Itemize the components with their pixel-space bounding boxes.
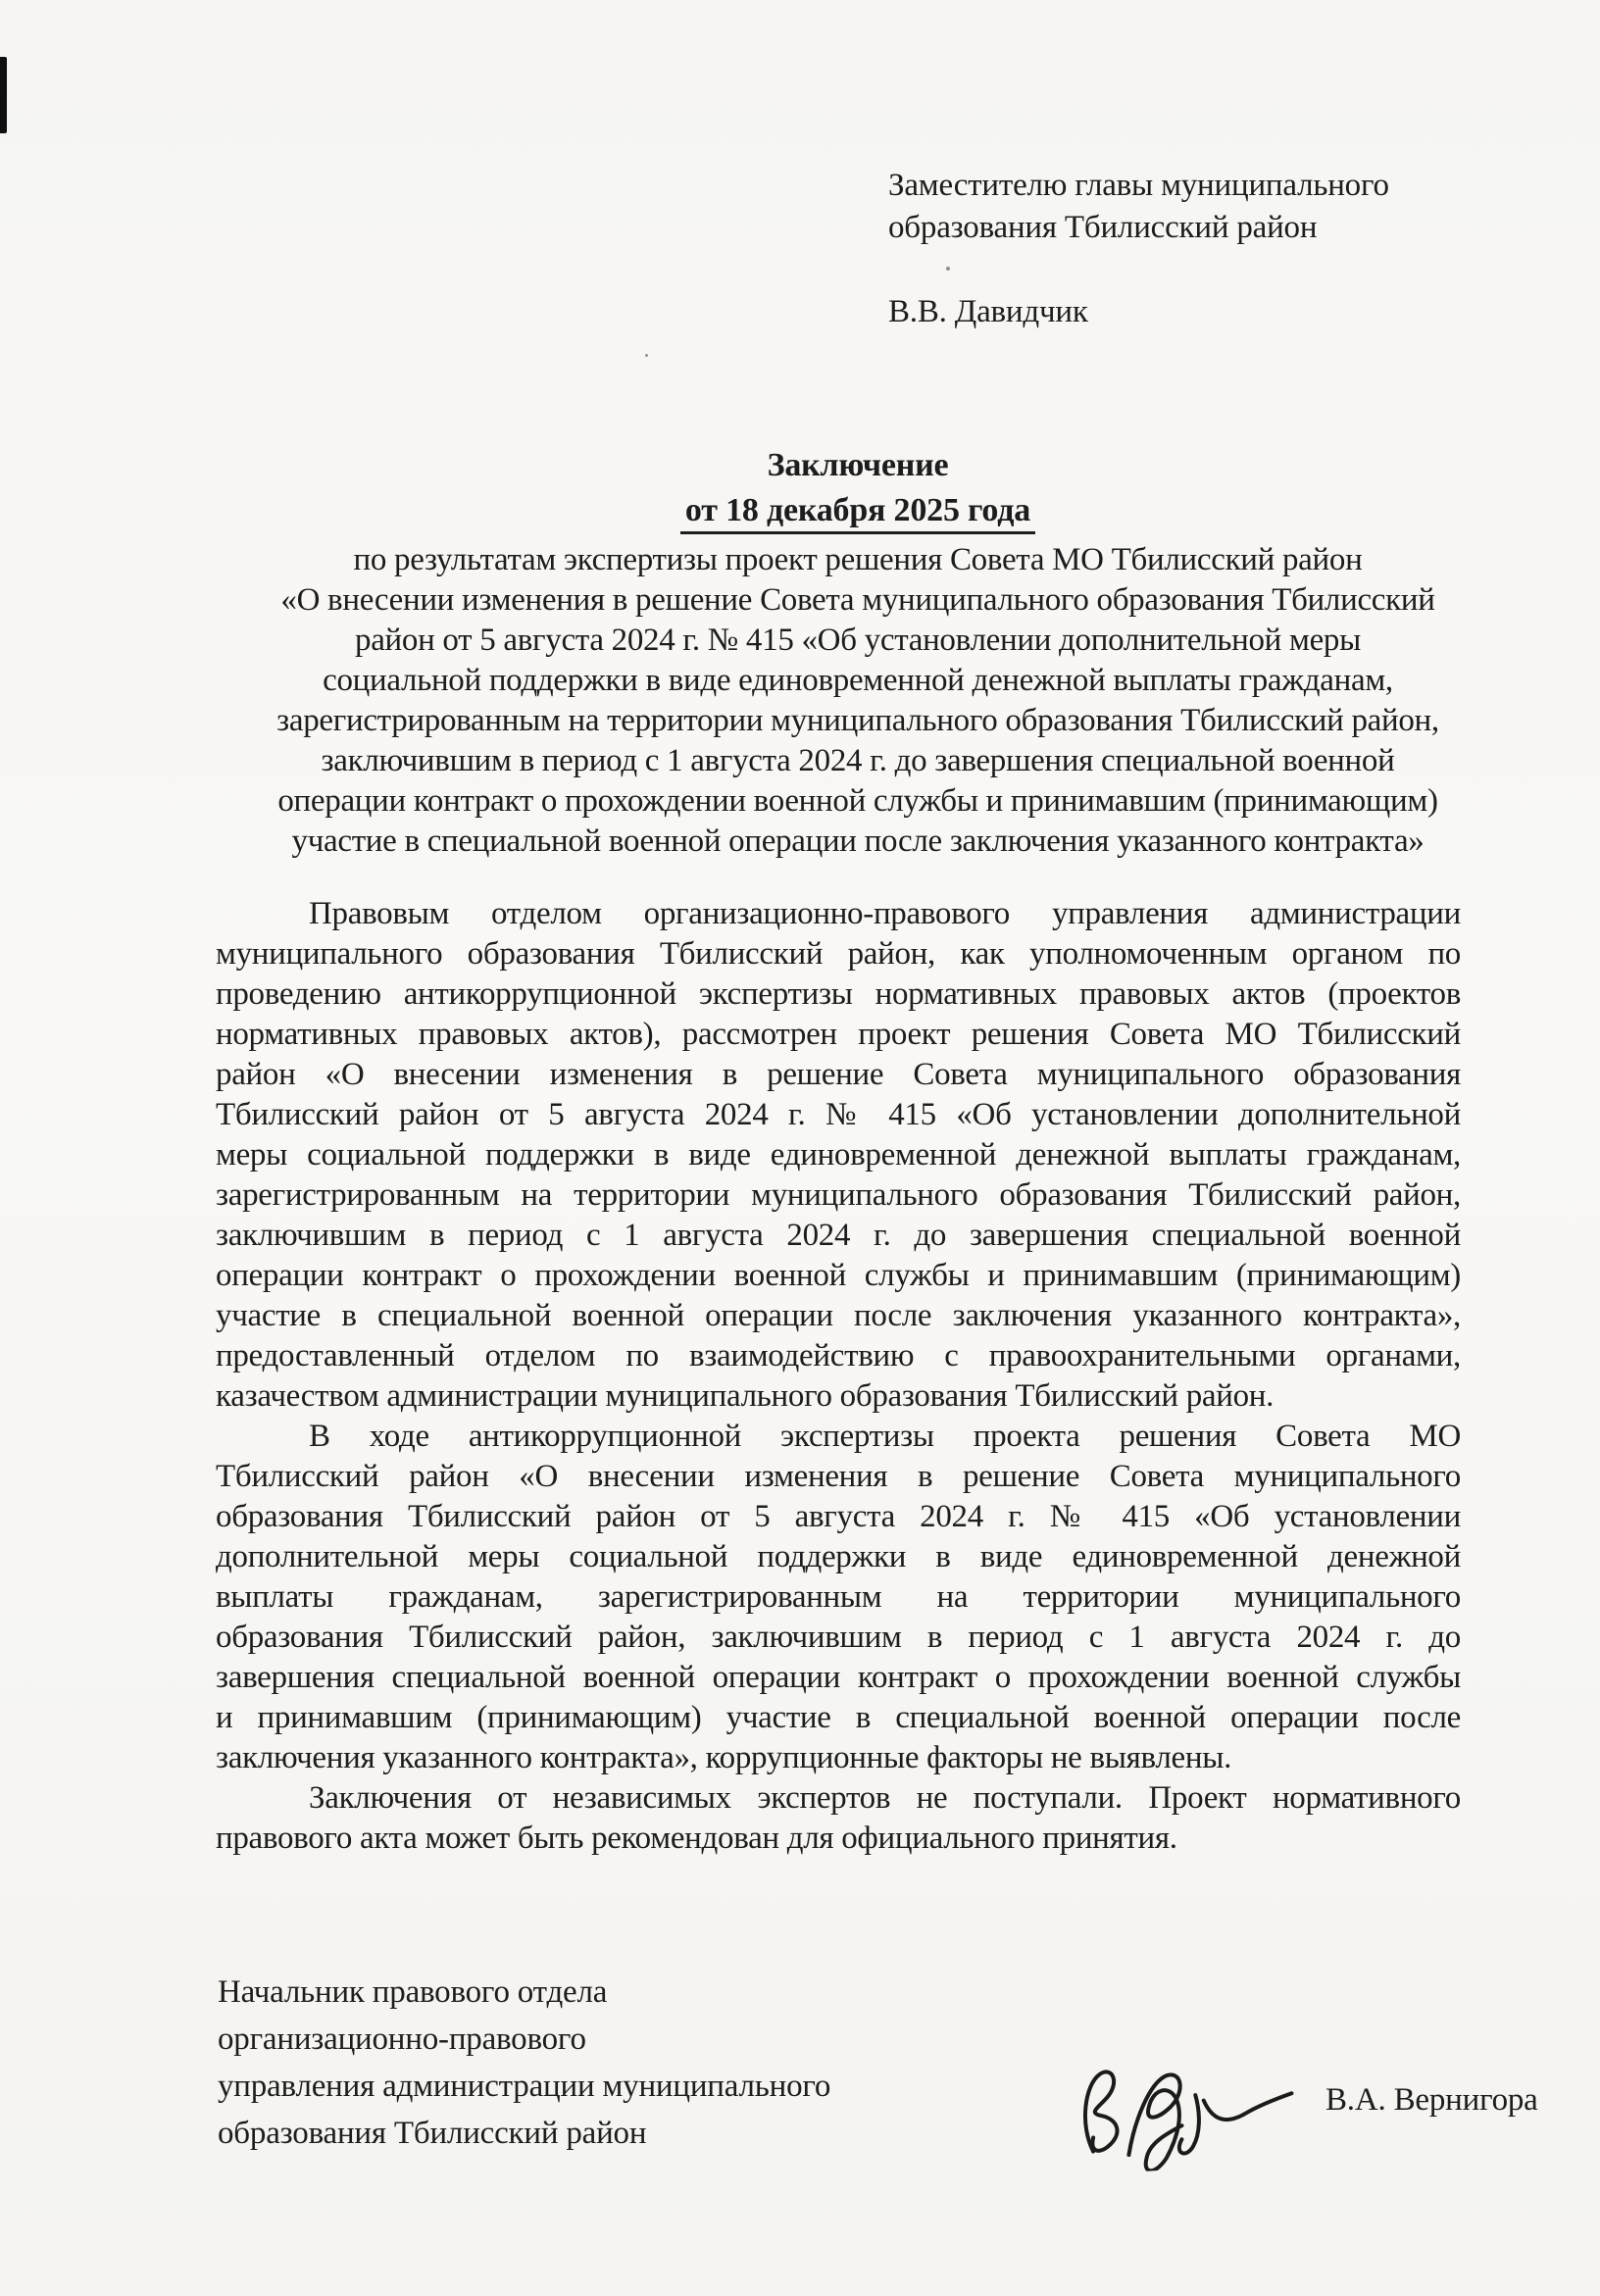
text-line: заключения указанного контракта», корруп… <box>216 1738 1461 1778</box>
text-line: казачеством администрации муниципального… <box>216 1376 1461 1417</box>
text-line: правового акта может быть рекомендован д… <box>216 1819 1461 1859</box>
text-line: по результатам экспертизы проект решения… <box>255 540 1461 580</box>
text-line: меры социальной поддержки в виде единовр… <box>216 1135 1461 1175</box>
text-line: предоставленный отделом по взаимодействи… <box>216 1336 1461 1376</box>
text-line: Правовым отделом организационно-правовог… <box>216 894 1461 934</box>
text-line: социальной поддержки в виде единовременн… <box>255 661 1461 701</box>
scan-dot-artifact <box>645 354 648 357</box>
text-line: Начальник правового отдела <box>218 1969 830 2016</box>
text-line: образования Тбилисский район от 5 август… <box>216 1497 1461 1537</box>
text-line: муниципального образования Тбилисский ра… <box>216 934 1461 974</box>
text-line: завершения специальной военной операции … <box>216 1658 1461 1698</box>
body-text: Правовым отделом организационно-правовог… <box>216 894 1461 1859</box>
document-date-line: от 18 декабря 2025 года <box>255 492 1461 534</box>
scan-dot-artifact <box>946 267 950 271</box>
text-line: Заключения от независимых экспертов не п… <box>216 1778 1461 1819</box>
text-line: и принимавшим (принимающим) участие в сп… <box>216 1698 1461 1738</box>
body-paragraph: В ходе антикоррупционной экспертизы прое… <box>216 1417 1461 1778</box>
text-line: район «О внесении изменения в решение Со… <box>216 1055 1461 1095</box>
text-line: участие в специальной военной операции п… <box>255 822 1461 862</box>
text-line: Тбилисский район «О внесении изменения в… <box>216 1457 1461 1497</box>
addressee-line: образования Тбилисский район <box>888 207 1389 249</box>
document-title: Заключение <box>255 447 1461 484</box>
document-page: Заместителю главы муниципального образов… <box>0 0 1600 2296</box>
text-line: участие в специальной военной операции п… <box>216 1296 1461 1336</box>
body-paragraph: Заключения от независимых экспертов не п… <box>216 1778 1461 1859</box>
body-paragraph: Правовым отделом организационно-правовог… <box>216 894 1461 1417</box>
text-line: операции контракт о прохождении военной … <box>255 781 1461 822</box>
text-line: образования Тбилисский район <box>218 2110 830 2157</box>
text-line: дополнительной меры социальной поддержки… <box>216 1537 1461 1577</box>
addressee-name: В.В. Давидчик <box>888 294 1088 330</box>
document-date-underlined: от 18 декабря 2025 года <box>680 492 1035 534</box>
text-line: выплаты гражданам, зарегистрированным на… <box>216 1577 1461 1618</box>
addressee-line: Заместителю главы муниципального <box>888 165 1389 207</box>
text-line: заключившим в период с 1 августа 2024 г.… <box>216 1216 1461 1256</box>
subject-block: по результатам экспертизы проект решения… <box>255 540 1461 862</box>
text-line: проведению антикоррупционной экспертизы … <box>216 974 1461 1015</box>
scan-edge-artifact <box>0 57 7 133</box>
text-line: заключившим в период с 1 августа 2024 г.… <box>255 741 1461 781</box>
text-line: зарегистрированным на территории муницип… <box>255 701 1461 741</box>
text-line: Тбилисский район от 5 августа 2024 г. № … <box>216 1095 1461 1135</box>
text-line: образования Тбилисский район, заключивши… <box>216 1618 1461 1658</box>
text-line: район от 5 августа 2024 г. № 415 «Об уст… <box>255 621 1461 661</box>
text-line: организационно-правового <box>218 2016 830 2063</box>
signature-title-lines: Начальник правового отделаорганизационно… <box>218 1969 830 2157</box>
text-line: нормативных правовых актов), рассмотрен … <box>216 1015 1461 1055</box>
text-line: зарегистрированным на территории муницип… <box>216 1175 1461 1216</box>
text-line: В ходе антикоррупционной экспертизы прое… <box>216 1417 1461 1457</box>
text-line: операции контракт о прохождении военной … <box>216 1256 1461 1296</box>
signer-name: В.А. Вернигора <box>1325 2082 1538 2119</box>
addressee-block: Заместителю главы муниципального образов… <box>888 165 1389 249</box>
text-line: «О внесении изменения в решение Совета м… <box>255 580 1461 621</box>
signature-handwriting <box>1057 2032 1310 2176</box>
text-line: управления администрации муниципального <box>218 2063 830 2110</box>
